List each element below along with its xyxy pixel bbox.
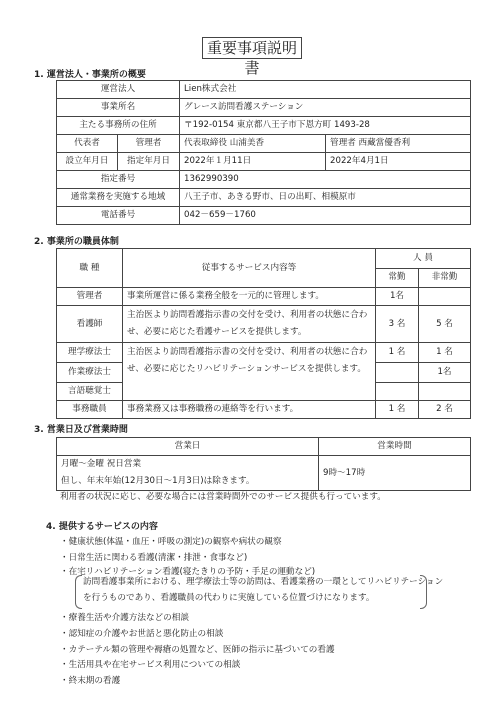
days-cell: 月曜～金曜 祝日営業 但し、年末年始(12月30日～1月3日)は除きます。 [57,456,319,491]
job-cell: 作業療法士 [57,363,123,383]
parttime-cell: 1名 [419,363,471,383]
table-row: 設立年月日 指定年月日 2022年１月11日 2022年4月1日 [57,153,471,171]
job-cell: 看護師 [57,306,123,343]
table-row: 運営法人 Lien株式会社 [57,81,471,99]
parttime-cell: 1 名 [419,343,471,363]
parttime-cell [419,383,471,401]
fulltime-header: 常勤 [376,268,419,288]
table-header-row: 営業日 営業時間 [57,438,471,456]
parttime-header: 非常勤 [419,268,471,288]
fulltime-cell [376,383,419,401]
staff-header: 人 員 [376,249,471,269]
table-row: 理学療法士 主治医より訪問看護指示書の交付を受け、利用者の状態に合わせ、必要に応… [57,343,471,363]
parttime-cell: 5 名 [419,306,471,343]
fulltime-cell: 1 名 [376,401,419,419]
service-item: ・日常生活に関わる看護(清潔・排泄・食事など) [60,552,247,564]
service-item: ・カテーテル類の管理や褥瘡の処置など、医師の指示に基づいての看護 [60,644,335,656]
phone-label: 電話番号 [57,207,180,225]
table-row: 事業所名 グレース訪問看護ステーション [57,99,471,117]
rep-label: 代表者 [57,135,118,153]
overview-table: 運営法人 Lien株式会社 事業所名 グレース訪問看護ステーション 主たる事務所… [56,80,471,225]
address-value: 〒192-0154 東京都八王子市下恩方町 1493-28 [180,117,471,135]
manager-label: 管理者 [118,135,180,153]
service-item: ・健康状態(体温・血圧・呼吸の測定)の観察や病状の観察 [60,536,282,548]
phone-value: 042－659－1760 [180,207,471,225]
hours-note: 利用者の状況に応じ、必要な場合には営業時間外でのサービス提供も行っています。 [60,491,386,503]
hours-header: 営業時間 [319,438,471,456]
hours-cell: 9時～17時 [319,456,471,491]
service-cell: 主治医より訪問看護指示書の交付を受け、利用者の状態に合わせ、必要に応じたリハビリ… [123,343,376,401]
days-line1: 月曜～金曜 祝日営業 [61,456,314,473]
corp-label: 運営法人 [57,81,180,99]
bracket-left [75,575,82,609]
table-row: 電話番号 042－659－1760 [57,207,471,225]
job-cell: 管理者 [57,288,123,306]
founded-label: 設立年月日 [57,153,118,171]
table-row: 看護師 主治医より訪問看護指示書の交付を受け、利用者の状態に合わせ、必要に応じた… [57,306,471,343]
service-cell: 事業所運営に係る業務全般を一元的に管理します。 [123,288,376,306]
parttime-cell: 2 名 [419,401,471,419]
job-cell: 理学療法士 [57,343,123,363]
table-row: 代表者 管理者 代表取締役 山浦美香 管理者 西藏當優香利 [57,135,471,153]
document-title: 重要事項説明書 [202,37,302,59]
service-cell: 事務業務又は事務職務の連絡等を行います。 [123,401,376,419]
section2-heading: 2. 事業所の職員体制 [34,236,119,248]
section3-heading: 3. 営業日及び営業時間 [34,424,128,436]
section4-heading: 4. 提供するサービスの内容 [46,521,158,533]
days-header: 営業日 [57,438,319,456]
rep-value: 代表取締役 山浦美香 [180,135,326,153]
service-header: 従事するサービス内容等 [123,249,376,288]
table-row: 管理者 事業所運営に係る業務全般を一元的に管理します。 1名 [57,288,471,306]
service-item: ・認知症の介護やお世話と悪化防止の相談 [60,628,223,640]
designated-value: 2022年4月1日 [326,153,471,171]
days-line2: 但し、年末年始(12月30日～1月3日)は除きます。 [61,473,314,490]
staff-table: 職 種 従事するサービス内容等 人 員 常勤 非常勤 管理者 事業所運営に係る業… [56,248,471,419]
job-cell: 言語聴覚士 [57,383,123,401]
service-item: ・終末期の看護 [60,675,120,687]
table-row: 事務職員 事務業務又は事務職務の連絡等を行います。 1 名 2 名 [57,401,471,419]
bracket-note-line2: を行うものであり、看護職員の代わりに実施している位置づけになります。 [83,590,375,607]
designated-label: 指定年月日 [118,153,180,171]
founded-value: 2022年１月11日 [180,153,326,171]
parttime-cell [419,288,471,306]
number-label: 指定番号 [57,171,180,189]
service-cell: 主治医より訪問看護指示書の交付を受け、利用者の状態に合わせ、必要に応じた看護サー… [123,306,376,343]
job-cell: 事務職員 [57,401,123,419]
address-label: 主たる事務所の住所 [57,117,180,135]
job-header: 職 種 [57,249,123,288]
number-value: 1362990390 [180,171,471,189]
hours-table: 営業日 営業時間 月曜～金曜 祝日営業 但し、年末年始(12月30日～1月3日)… [56,437,471,491]
bracket-right [420,575,427,609]
fulltime-cell: 1 名 [376,343,419,363]
area-value: 八王子市、あきる野市、日の出町、相模原市 [180,189,471,207]
table-row: 月曜～金曜 祝日営業 但し、年末年始(12月30日～1月3日)は除きます。 9時… [57,456,471,491]
table-row: 通常業務を実施する地域 八王子市、あきる野市、日の出町、相模原市 [57,189,471,207]
office-label: 事業所名 [57,99,180,117]
area-label: 通常業務を実施する地域 [57,189,180,207]
table-row: 主たる事務所の住所 〒192-0154 東京都八王子市下恩方町 1493-28 [57,117,471,135]
service-item: ・生活用具や在宅サービス利用についての相談 [60,659,240,671]
table-header-row: 職 種 従事するサービス内容等 人 員 [57,249,471,269]
service-item: ・療養生活や介護方法などの相談 [60,612,189,624]
corp-value: Lien株式会社 [180,81,471,99]
fulltime-cell: 3 名 [376,306,419,343]
table-row: 指定番号 1362990390 [57,171,471,189]
manager-value: 管理者 西藏當優香利 [326,135,471,153]
office-value: グレース訪問看護ステーション [180,99,471,117]
bracket-note-line1: 訪問看護事業所における、理学療法士等の訪問は、看護業務の一環としてリハビリテーシ… [83,574,443,591]
fulltime-cell [376,363,419,383]
fulltime-cell: 1名 [376,288,419,306]
